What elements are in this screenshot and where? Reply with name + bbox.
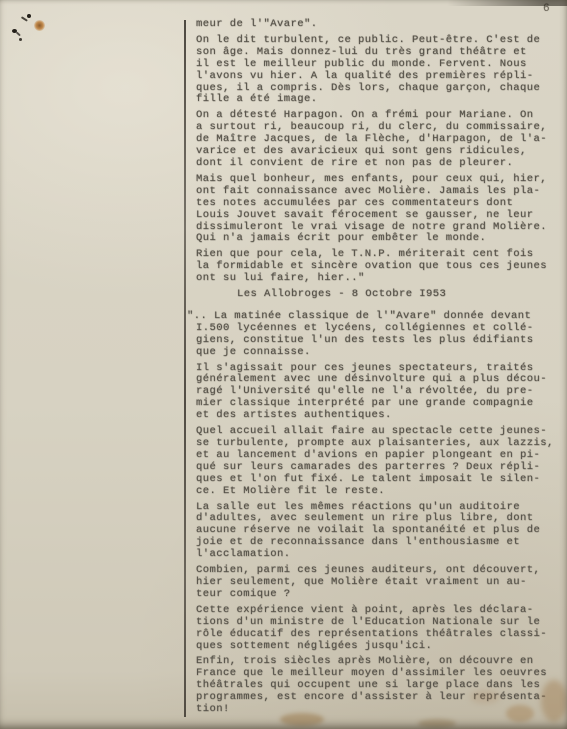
paragraph: Enfin, trois siècles après Molière, on d… [196, 656, 558, 716]
scanned-document-page: 6 meur de l'"Avare". On le dit turbulent… [0, 0, 567, 729]
ink-speck [19, 38, 22, 41]
paper-stain [34, 20, 45, 31]
quoted-paragraph: ".. La matinée classique de l'"Avare" do… [196, 311, 558, 359]
page-number: 6 [543, 3, 550, 15]
paragraph: On a détesté Harpagon. On a frémi pour M… [196, 110, 558, 170]
continuation-paragraph: meur de l'"Avare". [196, 19, 558, 31]
paragraph: Rien que pour cela, le T.N.P. mériterait… [196, 249, 558, 285]
paragraph: Mais quel bonheur, mes enfants, pour ceu… [196, 174, 558, 245]
margin-rule-line [184, 20, 186, 717]
paragraph: Combien, parmi ces jeunes auditeurs, ont… [196, 565, 558, 601]
ink-speck [27, 14, 31, 18]
paragraph: Cette expérience vient à point, après le… [196, 605, 558, 653]
paragraph: Quel accueil allait faire au spectacle c… [196, 426, 558, 497]
paragraph: Il s'agissait pour ces jeunes spectateur… [196, 363, 558, 423]
attribution-line: Les Allobroges - 8 Octobre I953 [196, 289, 558, 301]
paragraph: On le dit turbulent, ce public. Peut-êtr… [196, 35, 558, 106]
paragraph: La salle eut les mêmes réactions qu'un a… [196, 502, 558, 562]
ink-speck-tail [16, 32, 21, 36]
typewritten-text-block: meur de l'"Avare". On le dit turbulent, … [196, 19, 558, 720]
paper-stain [418, 719, 456, 728]
